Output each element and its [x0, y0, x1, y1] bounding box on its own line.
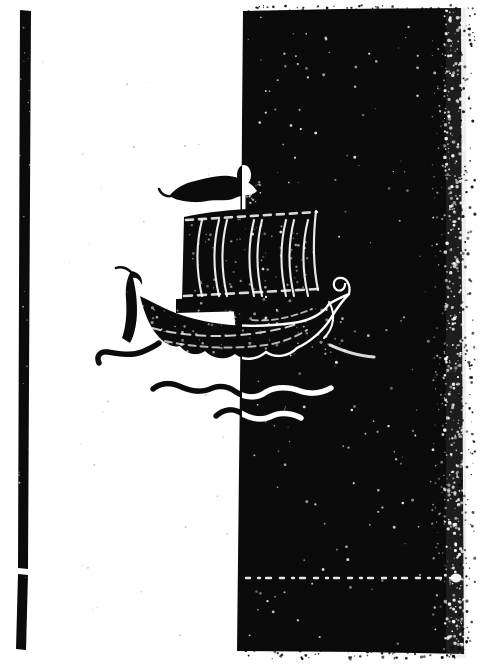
speck — [435, 465, 437, 467]
speck — [416, 409, 417, 410]
speck — [458, 393, 459, 394]
speck — [473, 530, 474, 531]
speck — [387, 11, 389, 13]
speck — [211, 313, 212, 314]
speck — [445, 602, 447, 604]
speck — [444, 130, 446, 132]
speck — [462, 146, 465, 149]
speck — [461, 353, 462, 354]
speck — [223, 436, 225, 438]
speck — [453, 387, 456, 390]
speck — [470, 43, 473, 46]
speck — [370, 650, 373, 653]
speck — [292, 390, 293, 391]
speck — [459, 206, 462, 209]
speck — [290, 257, 293, 260]
speck — [459, 427, 460, 428]
speck — [284, 463, 287, 466]
speck — [180, 343, 183, 346]
speck — [260, 17, 262, 19]
speck — [461, 480, 463, 482]
speck — [444, 169, 446, 171]
speck — [436, 192, 438, 194]
speck — [455, 195, 457, 197]
speck — [459, 536, 462, 539]
speck — [465, 504, 466, 505]
speck — [465, 575, 467, 577]
speck — [272, 6, 275, 9]
speck — [460, 285, 462, 287]
speck — [450, 50, 451, 51]
speck — [186, 350, 188, 352]
speck — [448, 152, 449, 153]
speck — [469, 368, 471, 370]
speck — [382, 5, 384, 7]
speck — [414, 653, 416, 655]
speck — [290, 124, 293, 127]
speck — [441, 656, 444, 659]
speck — [279, 10, 281, 12]
speck — [468, 407, 470, 409]
speck — [314, 503, 316, 505]
speck — [262, 268, 265, 271]
speck — [445, 175, 446, 176]
speck — [449, 208, 451, 210]
speck — [458, 505, 460, 507]
speck — [142, 305, 144, 307]
speck — [263, 318, 266, 321]
speck — [463, 98, 464, 99]
speck — [433, 176, 435, 178]
speck — [452, 344, 454, 346]
speck — [407, 7, 408, 8]
speck — [397, 8, 398, 9]
speck — [377, 511, 379, 513]
speck — [458, 177, 460, 179]
speck — [460, 585, 461, 586]
speck — [444, 137, 448, 141]
speck — [376, 9, 378, 11]
speck — [452, 71, 455, 74]
speck — [369, 524, 371, 526]
speck — [449, 579, 451, 581]
speck — [261, 260, 263, 262]
speck — [433, 357, 434, 358]
speck — [455, 606, 456, 607]
speck — [450, 453, 453, 456]
speck — [455, 654, 457, 656]
speck — [295, 266, 297, 268]
speck — [220, 347, 223, 350]
speck — [435, 388, 436, 389]
speck — [473, 557, 476, 560]
speck — [23, 61, 24, 62]
speck — [471, 45, 473, 47]
speck — [102, 411, 104, 413]
speck — [448, 122, 450, 124]
speck — [449, 205, 452, 208]
speck — [459, 648, 462, 651]
speck — [400, 463, 402, 465]
speck — [422, 11, 425, 14]
speck — [444, 352, 446, 354]
speck — [451, 568, 452, 569]
speck — [460, 135, 462, 137]
speck — [320, 330, 322, 332]
speck — [249, 194, 250, 195]
speck — [375, 108, 376, 109]
speck — [426, 649, 428, 651]
speck — [181, 339, 184, 342]
speck — [448, 215, 450, 217]
speck — [279, 247, 281, 249]
speck — [317, 5, 319, 7]
speck — [455, 185, 458, 188]
speck — [185, 526, 187, 528]
speck — [462, 462, 465, 465]
speck — [278, 450, 280, 452]
speck — [412, 369, 413, 370]
speck — [459, 180, 462, 183]
speck — [26, 365, 28, 367]
speck — [288, 299, 291, 302]
speck — [457, 365, 458, 366]
speck — [391, 5, 394, 8]
speck — [293, 233, 294, 234]
speck — [243, 200, 245, 202]
speck — [435, 507, 436, 508]
speck — [443, 648, 445, 650]
speck — [457, 48, 458, 49]
speck — [462, 223, 463, 224]
speck — [233, 271, 235, 273]
speck — [456, 267, 459, 270]
speck — [460, 501, 463, 504]
speck — [452, 323, 455, 326]
speck — [263, 232, 266, 235]
speck — [394, 451, 396, 453]
speck — [457, 69, 460, 72]
speck — [459, 84, 462, 87]
speck — [331, 9, 333, 11]
speck — [432, 116, 433, 117]
speck — [448, 32, 449, 33]
speck — [449, 126, 452, 129]
speck — [277, 79, 279, 81]
speck — [251, 192, 253, 194]
speck — [462, 636, 464, 638]
speck — [460, 304, 463, 307]
speck — [354, 330, 356, 332]
speck — [454, 175, 456, 177]
speck — [405, 37, 406, 38]
speck — [402, 502, 405, 505]
speck — [440, 606, 442, 608]
speck — [455, 618, 457, 620]
speck — [240, 280, 242, 282]
speck — [452, 141, 454, 143]
speck — [289, 441, 290, 442]
speck — [18, 68, 20, 70]
speck — [460, 289, 462, 291]
speck — [457, 143, 459, 145]
speck — [467, 293, 469, 295]
speck — [297, 7, 299, 9]
speck — [331, 345, 333, 347]
speck — [239, 313, 240, 314]
sail — [182, 208, 319, 302]
speck — [448, 70, 450, 72]
speck — [444, 357, 447, 360]
speck — [284, 408, 286, 410]
speck — [464, 347, 466, 349]
speck — [436, 216, 438, 218]
speck — [442, 492, 443, 493]
speck — [449, 281, 451, 283]
speck — [257, 609, 259, 611]
speck — [191, 224, 193, 226]
speck — [133, 146, 135, 148]
speck — [449, 20, 452, 23]
speck — [452, 283, 453, 284]
speck — [460, 21, 463, 24]
speck — [470, 524, 471, 525]
speck — [435, 255, 436, 256]
speck — [449, 4, 452, 7]
speck — [260, 333, 261, 334]
speck — [470, 621, 473, 624]
speck — [449, 361, 451, 363]
speck — [452, 228, 454, 230]
speck — [423, 655, 426, 658]
speck — [261, 10, 263, 12]
speck — [406, 189, 409, 192]
speck — [453, 208, 454, 209]
speck — [371, 589, 372, 590]
speck — [470, 73, 471, 74]
speck — [257, 7, 259, 9]
speck — [452, 608, 455, 611]
speck — [181, 331, 183, 333]
speck — [205, 394, 207, 396]
speck — [354, 85, 357, 88]
speck — [444, 622, 446, 624]
speck — [288, 427, 289, 428]
speck — [452, 620, 455, 623]
speck — [450, 219, 451, 220]
speck — [320, 651, 321, 652]
speck — [473, 179, 476, 182]
speck — [460, 452, 462, 454]
speck — [296, 327, 297, 328]
speck — [344, 211, 346, 213]
speck — [438, 552, 440, 554]
speck — [265, 252, 266, 253]
speck — [460, 499, 462, 501]
speck — [260, 225, 262, 227]
speck — [432, 55, 433, 56]
speck — [454, 542, 457, 545]
speck — [303, 559, 305, 561]
speck — [335, 361, 338, 364]
speck — [452, 135, 453, 136]
speck — [325, 335, 328, 338]
speck — [373, 420, 375, 422]
speck — [234, 316, 236, 318]
speck — [444, 118, 445, 119]
speck — [261, 291, 263, 293]
speck — [465, 519, 467, 521]
speck — [447, 143, 449, 145]
speck — [446, 654, 448, 656]
speck — [463, 649, 464, 650]
speck — [459, 97, 462, 100]
speck — [445, 568, 447, 570]
speck — [449, 271, 452, 274]
speck — [449, 72, 451, 74]
speck — [451, 429, 453, 431]
speck — [350, 7, 352, 9]
speck — [259, 6, 260, 7]
speck — [461, 301, 463, 303]
speck — [447, 114, 450, 117]
speck — [444, 85, 446, 87]
speck — [447, 528, 448, 529]
speck — [293, 33, 294, 34]
speck — [459, 606, 462, 609]
speck — [189, 234, 191, 236]
speck — [453, 420, 454, 421]
speck — [367, 655, 369, 657]
speck — [259, 192, 261, 194]
speck — [222, 438, 223, 439]
speck — [274, 596, 276, 598]
speck — [444, 15, 446, 17]
speck — [444, 397, 445, 398]
speck — [405, 657, 408, 660]
speck — [318, 653, 320, 655]
speck — [464, 549, 466, 551]
speck — [388, 652, 390, 654]
speck — [318, 11, 319, 12]
speck — [447, 95, 448, 96]
speck — [430, 7, 432, 9]
speck — [23, 27, 25, 29]
speck — [446, 173, 449, 176]
speck — [330, 352, 331, 353]
speck — [265, 421, 267, 423]
speck — [298, 372, 301, 375]
speck — [474, 359, 476, 361]
speck — [471, 120, 474, 123]
speck — [471, 474, 472, 475]
speck — [463, 186, 465, 188]
speck — [449, 11, 451, 13]
speck — [421, 7, 423, 9]
speck — [448, 98, 451, 101]
speck — [451, 617, 452, 618]
speck — [275, 344, 278, 347]
speck — [376, 6, 379, 9]
speck — [24, 291, 25, 292]
speck — [457, 518, 458, 519]
speck — [294, 244, 297, 247]
speck — [448, 193, 449, 194]
speck — [458, 364, 461, 367]
speck — [461, 36, 464, 39]
speck — [464, 241, 466, 243]
speck — [353, 482, 355, 484]
speck — [445, 279, 448, 282]
speck — [466, 585, 468, 587]
speck — [346, 282, 348, 284]
speck — [126, 291, 127, 292]
speck — [450, 290, 452, 292]
speck — [451, 437, 454, 440]
speck — [442, 552, 444, 554]
speck — [445, 303, 447, 305]
speck — [446, 484, 447, 485]
speck — [452, 564, 454, 566]
speck — [312, 251, 314, 253]
speck — [454, 62, 457, 65]
speck — [284, 324, 286, 326]
speck — [439, 364, 440, 365]
speck — [467, 637, 469, 639]
speck — [251, 198, 253, 200]
speck — [474, 581, 476, 583]
speck — [451, 248, 453, 250]
speck — [465, 306, 468, 309]
edge-halftone-strip — [446, 8, 466, 658]
speck — [265, 90, 267, 92]
speck — [412, 430, 414, 432]
speck — [366, 651, 368, 653]
speck — [461, 425, 464, 428]
speck — [447, 320, 449, 322]
speck — [29, 432, 30, 433]
speck — [455, 179, 457, 181]
speck — [293, 238, 294, 239]
speck — [443, 487, 445, 489]
speck — [297, 342, 299, 344]
speck — [460, 639, 462, 641]
speck — [471, 433, 473, 435]
speck — [461, 261, 463, 263]
speck — [462, 609, 464, 611]
speck — [42, 61, 44, 63]
speck — [444, 574, 447, 577]
speck — [24, 52, 25, 53]
speck — [459, 598, 460, 599]
speck — [460, 574, 462, 576]
speck — [445, 73, 447, 75]
speck — [432, 504, 434, 506]
speck — [161, 328, 163, 330]
speck — [320, 309, 323, 312]
speck — [450, 315, 452, 317]
speck — [466, 610, 469, 613]
speck — [376, 431, 378, 433]
speck — [439, 250, 441, 252]
speck — [468, 7, 470, 9]
speck — [198, 310, 200, 312]
speck — [459, 106, 462, 109]
speck — [461, 371, 464, 374]
speck — [447, 39, 451, 43]
speck — [281, 654, 284, 657]
speck — [384, 648, 385, 649]
